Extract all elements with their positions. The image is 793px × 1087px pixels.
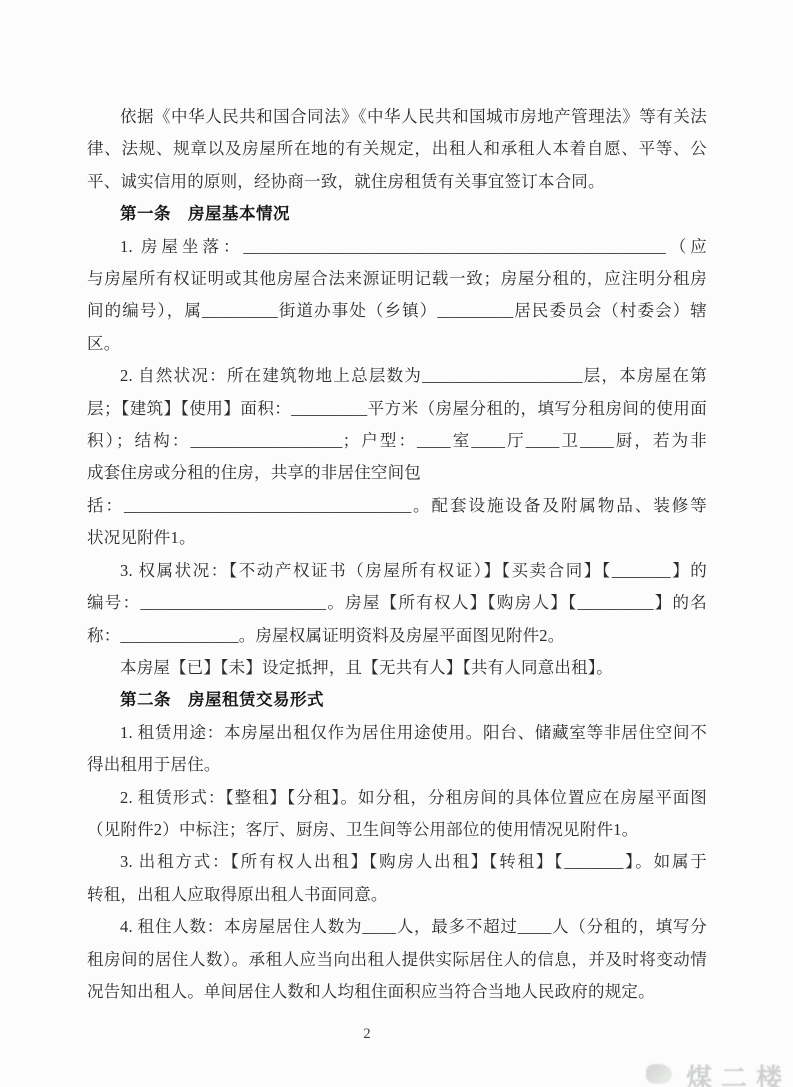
document-line: 本房屋【已】【未】设定抵押，且【无共有人】【共有人同意出租】。 xyxy=(87,652,707,684)
document-body: 依据《中华人民共和国合同法》《中华人民共和国城市房地产管理法》等有关法律、法规、… xyxy=(87,101,707,1008)
document-line: 第二条 房屋租赁交易形式 xyxy=(87,684,707,716)
section-2-item-4-occupants: 4. 租住人数：本房屋居住人数为____人，最多不超过____人（分租的，填写分… xyxy=(87,911,707,1008)
document-line: 况告知出租人。单间居住人数和人均租住面积应当符合当地人民政府的规定。 xyxy=(87,976,707,1008)
document-line: 3. 出租方式：【所有权人出租】【购房人出租】【转租】【_______】。如属于 xyxy=(87,846,707,878)
document-line: 括：__________________________________。配套设… xyxy=(87,490,707,522)
document-line: 得出租用于居住。 xyxy=(87,749,707,781)
watermark: 煤二楼 xyxy=(646,1058,791,1087)
section-1-heading: 第一条 房屋基本情况 xyxy=(87,198,707,230)
document-line: 间的编号），属_________街道办事处（乡镇）_________居民委员会（… xyxy=(87,295,707,327)
document-line: 1. 租赁用途：本房屋出租仅作为居住用途使用。阳台、储藏室等非居住空间不 xyxy=(87,717,707,749)
section-1-item-3-ownership: 3. 权属状况：【不动产权证书（房屋所有权证）】【买卖合同】【_______】的… xyxy=(87,555,707,652)
section-1-item-2-natural-condition: 2. 自然状况：所在建筑物地上总层数为___________________层，… xyxy=(87,360,707,554)
document-line: 依据《中华人民共和国合同法》《中华人民共和国城市房地产管理法》等有关法 xyxy=(87,101,707,133)
document-line: 第一条 房屋基本情况 xyxy=(87,198,707,230)
section-1-mortgage-clause: 本房屋【已】【未】设定抵押，且【无共有人】【共有人同意出租】。 xyxy=(87,652,707,684)
document-line: 平、诚实信用的原则，经协商一致，就住房租赁有关事宜签订本合同。 xyxy=(87,166,707,198)
document-line: 层；【建筑】【使用】面积：_________平方米（房屋分租的，填写分租房间的使… xyxy=(87,393,707,425)
page-number-footer: 2 xyxy=(87,1026,647,1043)
document-line: 租房间的居住人数）。承租人应当向出租人提供实际居住人的信息，并及时将变动情 xyxy=(87,944,707,976)
document-line: 与房屋所有权证明或其他房屋合法来源证明记载一致；房屋分租的，应注明分租房 xyxy=(87,263,707,295)
preamble: 依据《中华人民共和国合同法》《中华人民共和国城市房地产管理法》等有关法律、法规、… xyxy=(87,101,707,198)
watermark-logo-icon xyxy=(646,1064,672,1084)
document-line: 区。 xyxy=(87,328,707,360)
section-2-item-2-form: 2. 租赁形式：【整租】【分租】。如分租，分租房间的具体位置应在房屋平面图（见附… xyxy=(87,782,707,847)
document-line: 律、法规、规章以及房屋所在地的有关规定，出租人和承租人本着自愿、平等、公 xyxy=(87,133,707,165)
document-line: 成套住房或分租的住房，共享的非居住空间包 xyxy=(87,457,707,489)
document-line: 4. 租住人数：本房屋居住人数为____人，最多不超过____人（分租的，填写分 xyxy=(87,911,707,943)
section-1-item-1-location: 1. 房屋坐落：________________________________… xyxy=(87,231,707,361)
document-line: 状况见附件1。 xyxy=(87,522,707,554)
document-line: 积）；结构：__________________；户型：____室____厅__… xyxy=(87,425,707,457)
contract-document-page: 依据《中华人民共和国合同法》《中华人民共和国城市房地产管理法》等有关法律、法规、… xyxy=(0,0,793,1087)
watermark-text: 煤二楼 xyxy=(686,1058,791,1087)
document-line: 称：______________。房屋权属证明资料及房屋平面图见附件2。 xyxy=(87,620,707,652)
document-line: 编号：______________________。房屋【所有权人】【购房人】【… xyxy=(87,587,707,619)
section-2-item-1-purpose: 1. 租赁用途：本房屋出租仅作为居住用途使用。阳台、储藏室等非居住空间不得出租用… xyxy=(87,717,707,782)
document-line: 转租，出租人应取得原出租人书面同意。 xyxy=(87,879,707,911)
document-line: （见附件2）中标注；客厅、厨房、卫生间等公用部位的使用情况见附件1。 xyxy=(87,814,707,846)
document-line: 3. 权属状况：【不动产权证书（房屋所有权证）】【买卖合同】【_______】的 xyxy=(87,555,707,587)
document-line: 2. 自然状况：所在建筑物地上总层数为___________________层，… xyxy=(87,360,707,392)
document-line: 2. 租赁形式：【整租】【分租】。如分租，分租房间的具体位置应在房屋平面图 xyxy=(87,782,707,814)
section-2-item-3-lease-mode: 3. 出租方式：【所有权人出租】【购房人出租】【转租】【_______】。如属于… xyxy=(87,846,707,911)
document-line: 1. 房屋坐落：________________________________… xyxy=(87,231,707,263)
section-2-heading: 第二条 房屋租赁交易形式 xyxy=(87,684,707,716)
